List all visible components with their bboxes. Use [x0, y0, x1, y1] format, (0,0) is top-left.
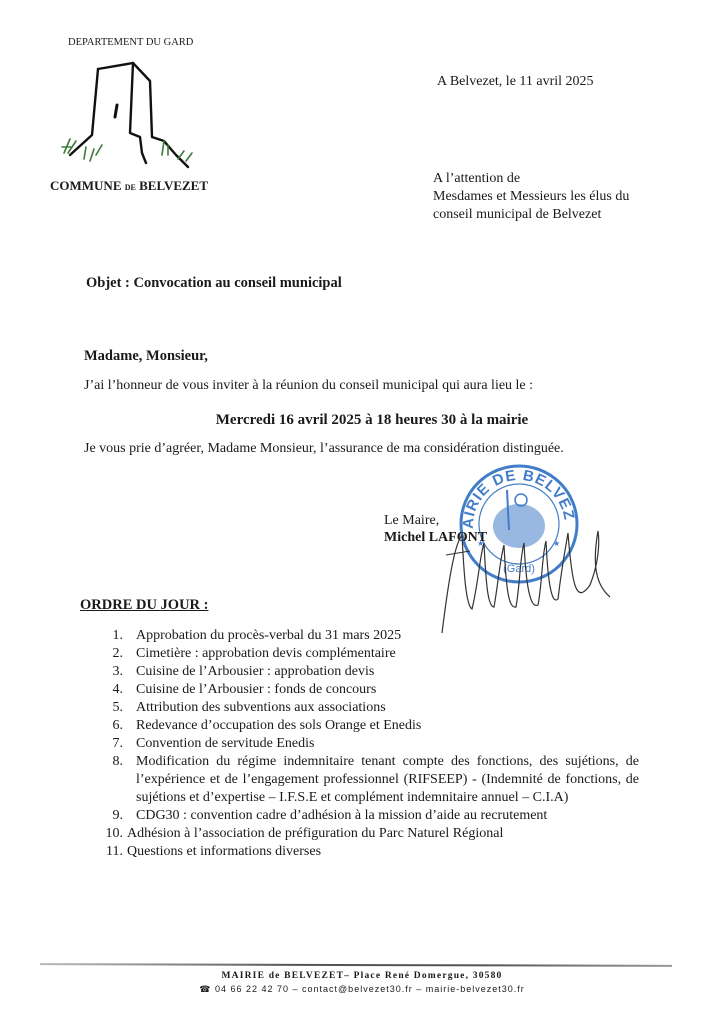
agenda-item: 9.CDG30 : convention cadre d’adhésion à …	[99, 807, 639, 825]
footer-email[interactable]: contact@belvezet30.fr	[302, 984, 413, 994]
item-text: Cuisine de l’Arbousier : approbation dev…	[136, 663, 639, 681]
item-text: Adhésion à l’association de préfiguratio…	[127, 825, 639, 843]
closing-formula: Je vous prie d’agréer, Madame Monsieur, …	[84, 441, 564, 457]
agenda-list: 1.Approbation du procès-verbal du 31 mar…	[99, 627, 639, 861]
department-label: DEPARTEMENT DU GARD	[68, 37, 193, 48]
subject-line: Objet : Convocation au conseil municipal	[86, 275, 342, 292]
commune-name: COMMUNE DE BELVEZET	[50, 178, 208, 194]
item-text: Cuisine de l’Arbousier : fonds de concou…	[136, 681, 639, 699]
recipient-line-2: Mesdames et Messieurs les élus du	[433, 188, 629, 206]
agenda-item: 1.Approbation du procès-verbal du 31 mar…	[99, 627, 639, 645]
item-number: 2.	[99, 645, 124, 663]
separator: –	[289, 984, 302, 994]
castle-tower-icon	[60, 55, 200, 170]
handwritten-signature	[440, 525, 620, 635]
telephone-icon: ☎	[199, 984, 211, 994]
commune-de: DE	[125, 183, 136, 192]
meeting-text: Mercredi 16 avril 2025 à 18 heures 30 à …	[216, 412, 528, 428]
recipient-line-1: A l’attention de	[433, 170, 629, 188]
item-number: 11.	[99, 843, 124, 861]
item-text: Questions et informations diverses	[127, 843, 639, 861]
item-text: CDG30 : convention cadre d’adhésion à la…	[136, 807, 639, 825]
item-number: 3.	[99, 663, 124, 681]
item-number: 9.	[99, 807, 124, 825]
agenda-item: 7.Convention de servitude Enedis	[99, 735, 639, 753]
salutation: Madame, Monsieur,	[84, 348, 208, 365]
agenda-item: 2.Cimetière : approbation devis compléme…	[99, 645, 639, 663]
footer: MAIRIE de BELVEZET– Place René Domergue,…	[0, 970, 724, 996]
footer-phone[interactable]: 04 66 22 42 70	[215, 984, 289, 994]
agenda-item: 3.Cuisine de l’Arbousier : approbation d…	[99, 663, 639, 681]
agenda-item: 4.Cuisine de l’Arbousier : fonds de conc…	[99, 681, 639, 699]
item-number: 6.	[99, 717, 124, 735]
date-line: A Belvezet, le 11 avril 2025	[437, 74, 594, 90]
recipient-block: A l’attention de Mesdames et Messieurs l…	[433, 170, 629, 224]
recipient-line-3: conseil municipal de Belvezet	[433, 206, 629, 224]
commune-belvezet: BELVEZET	[136, 178, 208, 193]
item-number: 7.	[99, 735, 124, 753]
agenda-item: 10.Adhésion à l’association de préfigura…	[99, 825, 639, 843]
item-number: 4.	[99, 681, 124, 699]
footer-divider	[40, 963, 672, 966]
item-text: Approbation du procès-verbal du 31 mars …	[136, 627, 639, 645]
separator: –	[413, 984, 426, 994]
commune-prefix: COMMUNE	[50, 178, 125, 193]
item-text: Redevance d’occupation des sols Orange e…	[136, 717, 639, 735]
footer-address: MAIRIE de BELVEZET– Place René Domergue,…	[0, 970, 724, 983]
item-number: 8.	[99, 753, 124, 807]
item-text: Attribution des subventions aux associat…	[136, 699, 639, 717]
footer-contact: ☎ 04 66 22 42 70 – contact@belvezet30.fr…	[0, 983, 724, 996]
agenda-item: 6.Redevance d’occupation des sols Orange…	[99, 717, 639, 735]
meeting-datetime: Mercredi 16 avril 2025 à 18 heures 30 à …	[0, 412, 724, 429]
item-text: Convention de servitude Enedis	[136, 735, 639, 753]
agenda-title: ORDRE DU JOUR :	[80, 597, 208, 614]
item-text: Modification du régime indemnitaire tena…	[136, 753, 639, 807]
agenda-item: 11.Questions et informations diverses	[99, 843, 639, 861]
footer-website[interactable]: mairie-belvezet30.fr	[426, 984, 525, 994]
item-number: 5.	[99, 699, 124, 717]
item-number: 1.	[99, 627, 124, 645]
agenda-item: 5.Attribution des subventions aux associ…	[99, 699, 639, 717]
invitation-text: J’ai l’honneur de vous inviter à la réun…	[84, 378, 533, 394]
item-number: 10.	[99, 825, 124, 843]
item-text: Cimetière : approbation devis complément…	[136, 645, 639, 663]
agenda-item: 8.Modification du régime indemnitaire te…	[99, 753, 639, 807]
